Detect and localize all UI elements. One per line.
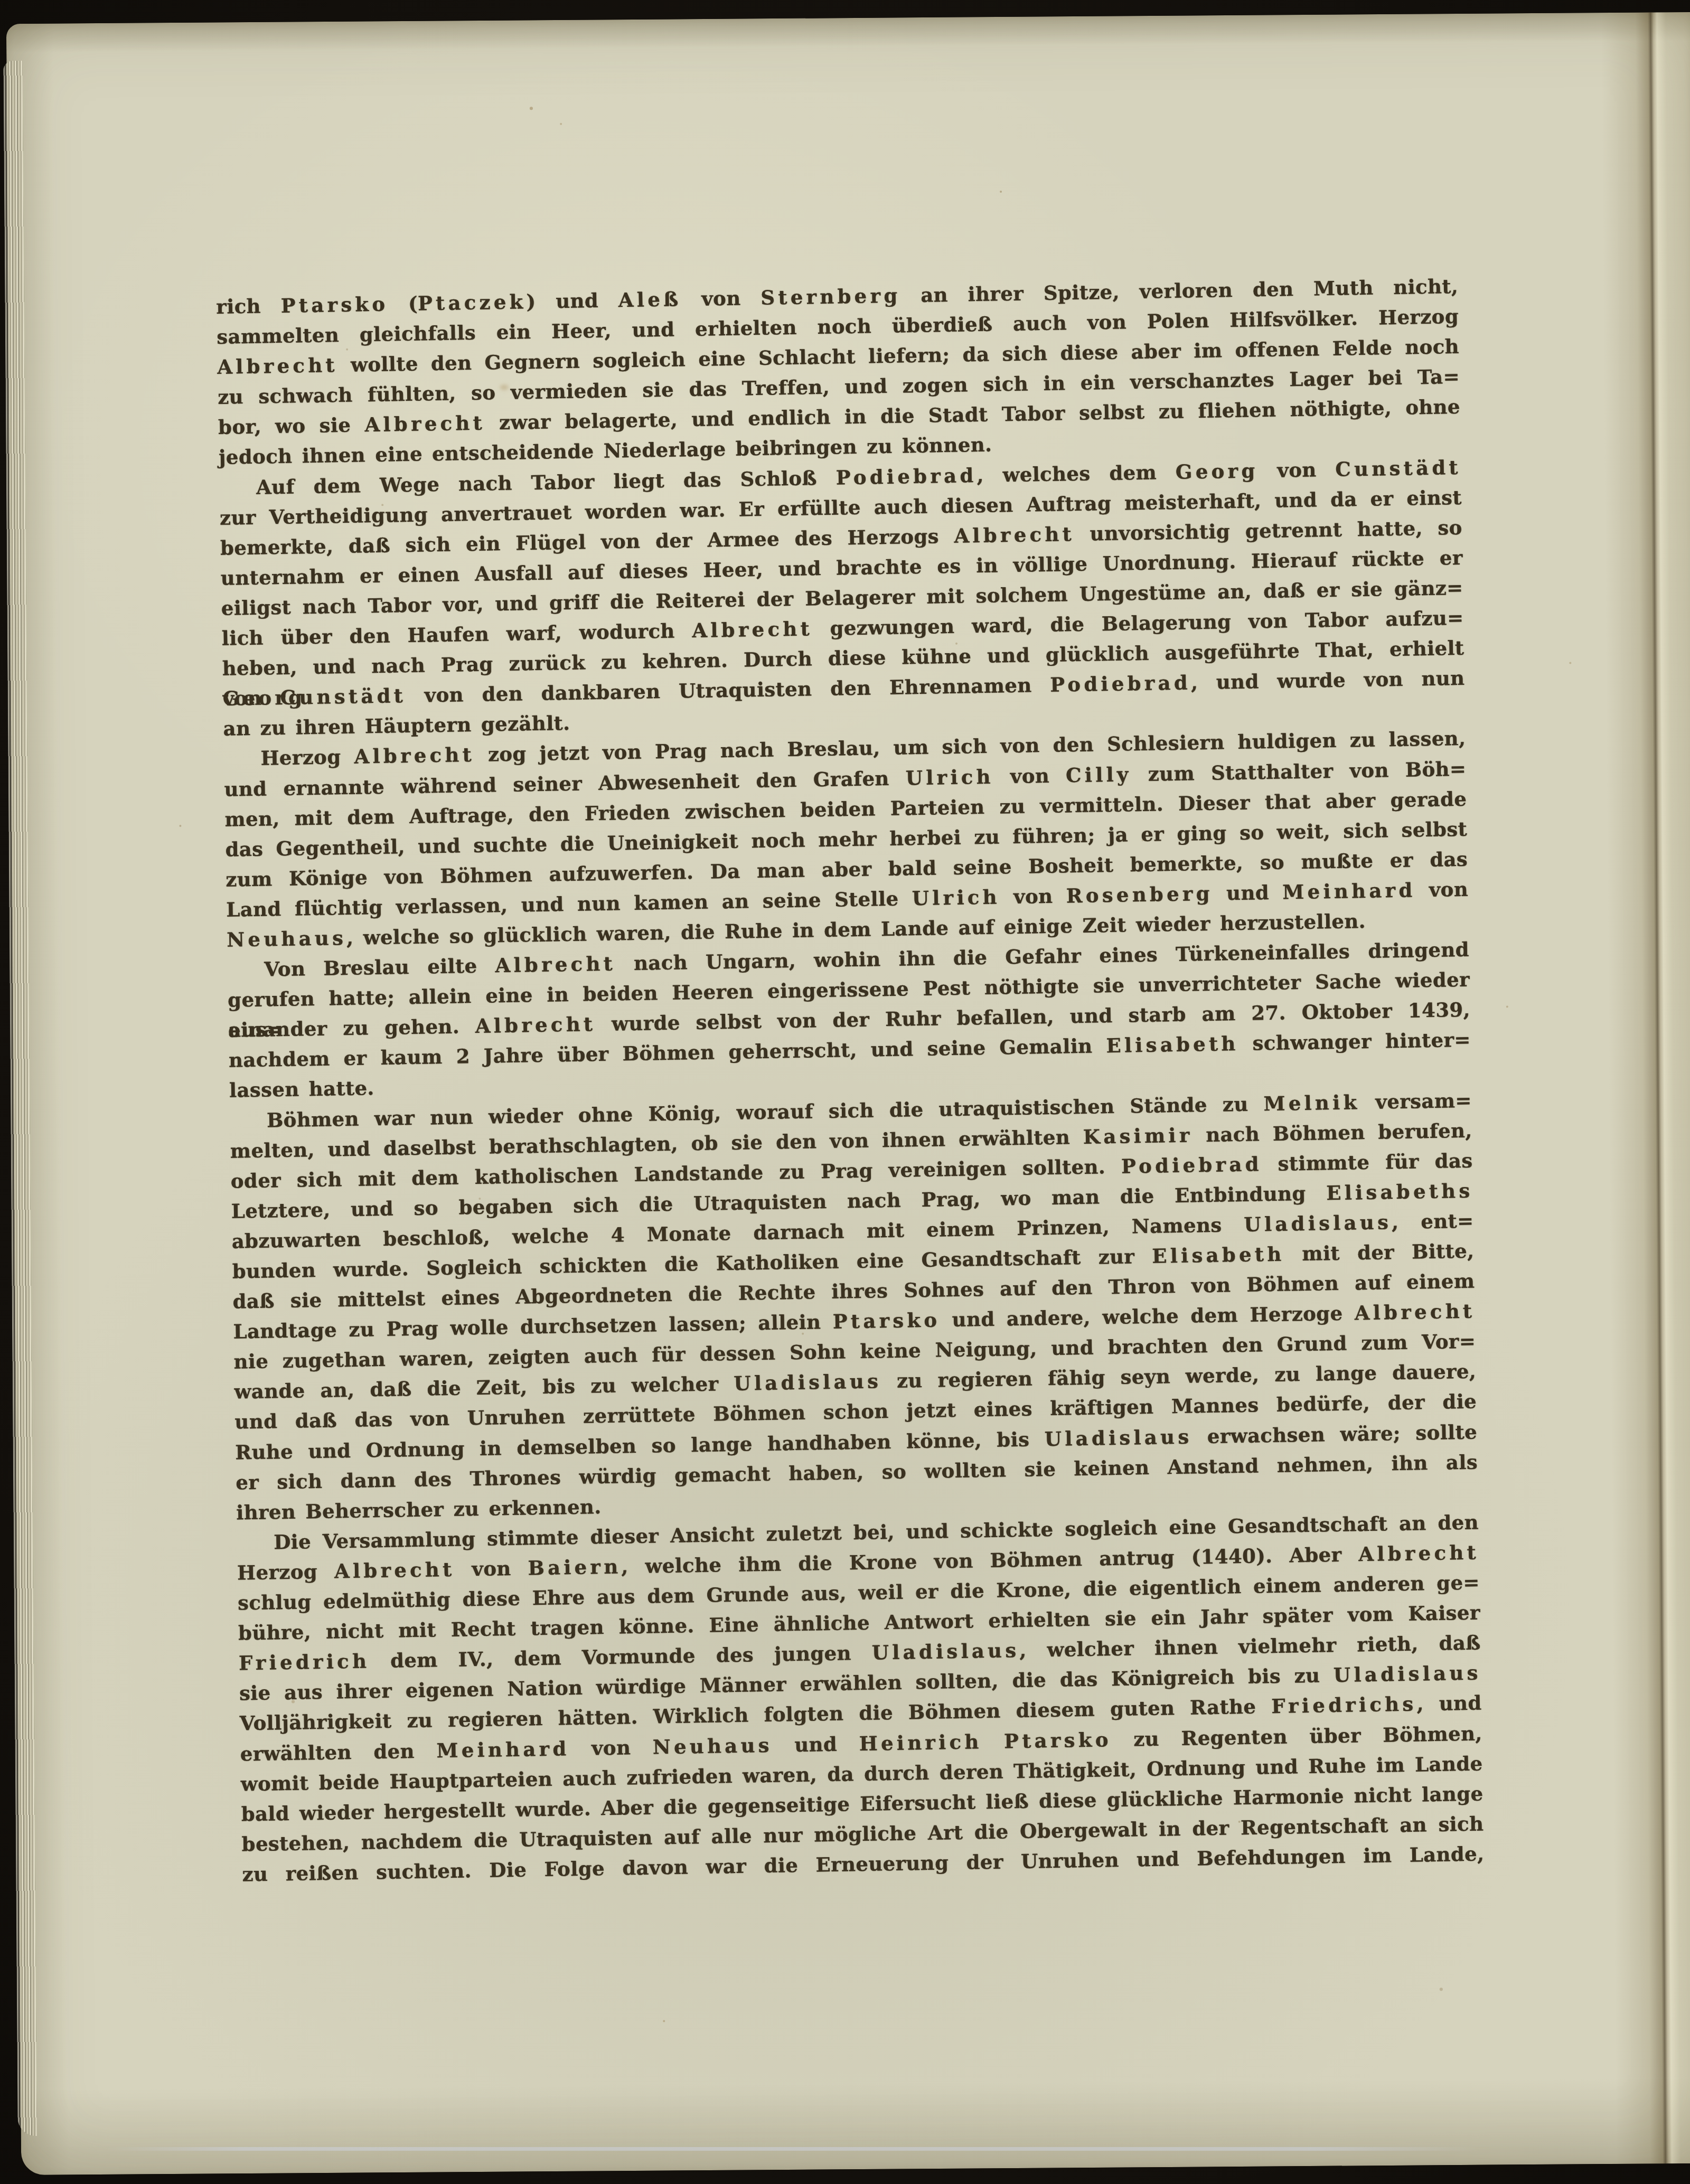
- letterspaced-name: Albrecht: [954, 522, 1075, 548]
- letterspaced-name: Albrecht: [334, 1558, 455, 1583]
- letterspaced-name: Albrecht: [495, 952, 616, 977]
- letterspaced-name: Albrecht: [217, 353, 338, 379]
- letterspaced-name: Cunstädt: [280, 684, 406, 709]
- letterspaced-name: Podiebrad: [1050, 671, 1191, 696]
- text-block: rich Ptarsko (Ptaczek) und Aleß von Ster…: [216, 271, 1485, 1890]
- letterspaced-name: Uladislaus: [1334, 1661, 1481, 1687]
- letterspaced-name: Meinhard: [436, 1737, 570, 1762]
- gutter-crease-shadow: [1601, 12, 1690, 2164]
- letterspaced-name: Ptaczek: [418, 290, 527, 315]
- letterspaced-name: Ptarsko: [832, 1308, 940, 1333]
- letterspaced-name: Ptarsko: [280, 293, 388, 317]
- page-fore-edge: [3, 61, 36, 2136]
- letterspaced-name: Ulrich: [912, 885, 1000, 910]
- letterspaced-name: Albrecht: [692, 617, 813, 642]
- letterspaced-name: Cunstädt: [1335, 455, 1461, 481]
- book-page: rich Ptarsko (Ptaczek) und Aleß von Ster…: [6, 12, 1690, 2175]
- letterspaced-name: Elisabeth: [1106, 1032, 1239, 1057]
- underlying-page-edge: [106, 2147, 1479, 2151]
- letterspaced-name: Baiern: [528, 1555, 622, 1579]
- letterspaced-name: Heinrich: [859, 1730, 982, 1755]
- letterspaced-name: Podiebrad: [835, 464, 977, 489]
- letterspaced-name: Uladislaus: [871, 1639, 1019, 1664]
- letterspaced-name: Melnik: [1263, 1090, 1360, 1115]
- letterspaced-name: Uladislaus: [1244, 1210, 1392, 1236]
- letterspaced-name: Rosenberg: [1066, 882, 1213, 908]
- letterspaced-name: Neuhaus: [652, 1733, 773, 1758]
- letterspaced-name: Sternberg: [760, 284, 901, 309]
- letterspaced-name: Friedrichs: [1271, 1692, 1417, 1718]
- paper-specks: [6, 24, 7, 25]
- letterspaced-name: Georg: [1176, 459, 1259, 484]
- letterspaced-name: Ptarsko: [1004, 1728, 1112, 1753]
- letterspaced-name: Kasimir: [1083, 1123, 1193, 1148]
- letterspaced-name: Aleß: [618, 287, 682, 312]
- letterspaced-name: Ulrich: [905, 765, 994, 789]
- letterspaced-name: Cilly: [1066, 762, 1132, 787]
- book-scan: rich Ptarsko (Ptaczek) und Aleß von Ster…: [0, 0, 1690, 2184]
- letterspaced-name: Friedrich: [1271, 1692, 1403, 1718]
- letterspaced-name: Neuhaus: [227, 926, 347, 952]
- letterspaced-name: Albrecht: [1358, 1541, 1479, 1566]
- letterspaced-name: Uladislaus: [734, 1370, 881, 1396]
- letterspaced-name: Podiebrad: [1121, 1152, 1262, 1178]
- letterspaced-name: Uladislaus: [1044, 1425, 1192, 1451]
- letterspaced-name: Friedrich: [239, 1650, 370, 1675]
- letterspaced-name: Albrecht: [364, 411, 485, 437]
- letterspaced-name: Albrecht: [354, 743, 475, 768]
- letterspaced-name: Albrecht: [1354, 1300, 1475, 1325]
- letterspaced-name: Elisabeth: [1326, 1179, 1459, 1204]
- letterspaced-name: Albrecht: [475, 1012, 596, 1038]
- letterspaced-name: Elisabeths: [1326, 1179, 1473, 1204]
- letterspaced-name: Elisabeth: [1152, 1242, 1285, 1268]
- letterspaced-name: Meinhard: [1282, 878, 1416, 903]
